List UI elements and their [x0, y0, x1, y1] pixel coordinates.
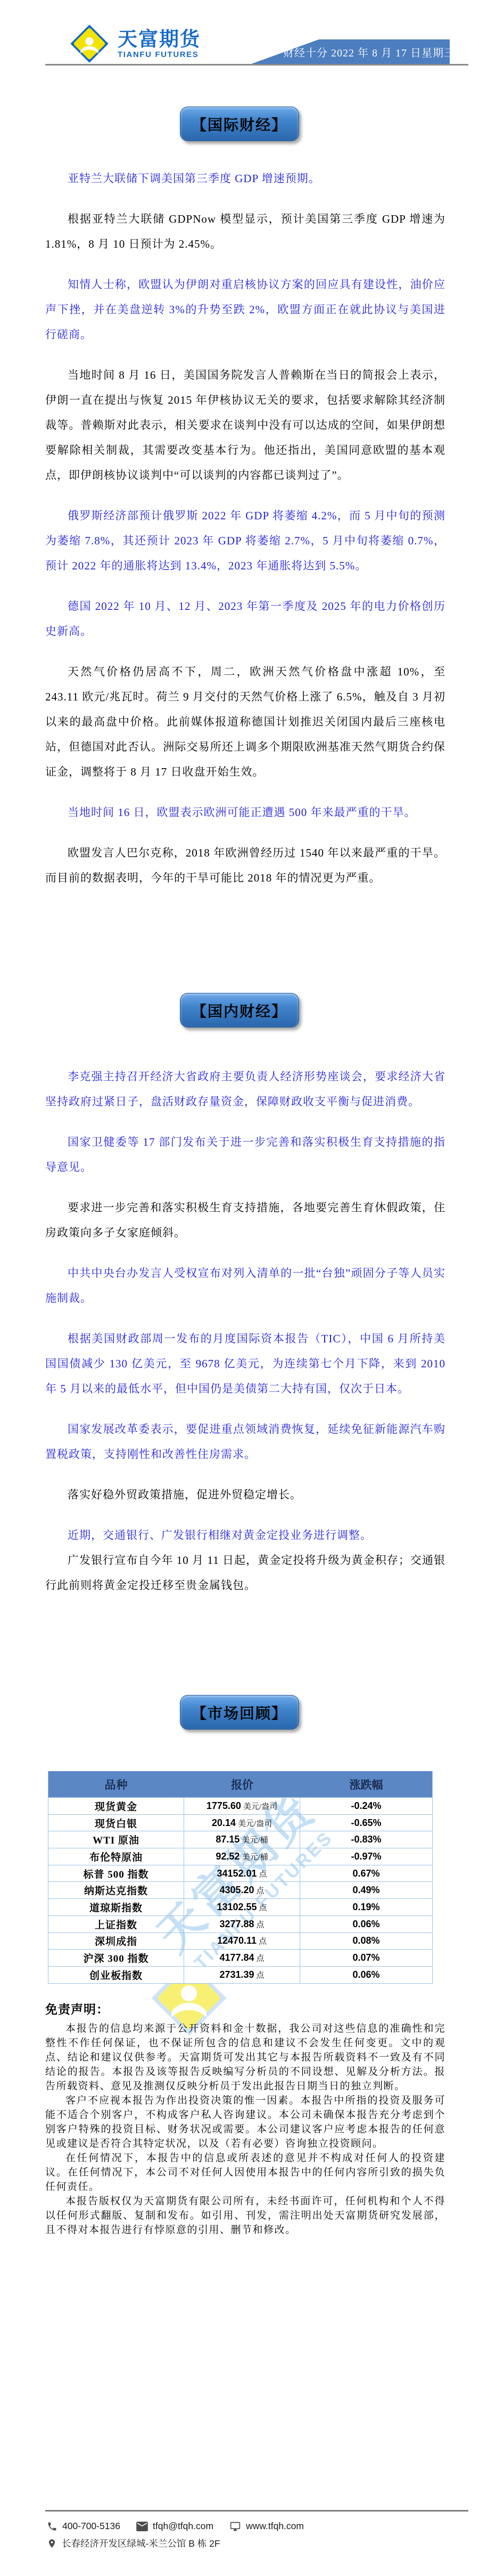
cell-price: 12470.11点: [184, 1933, 300, 1950]
price-value: 34152.01: [217, 1868, 257, 1879]
company-logo-text: 天富期货 TIANFU FUTURES: [118, 29, 201, 59]
price-value: 87.15: [216, 1834, 240, 1845]
footer-email[interactable]: tfqh@tfqh.com: [136, 2521, 213, 2532]
cell-change: -0.97%: [300, 1848, 432, 1865]
price-value: 4177.84: [219, 1952, 254, 1963]
price-unit: 点: [257, 1952, 265, 1963]
envelope-icon: [136, 2522, 148, 2531]
cell-change: -0.65%: [300, 1815, 432, 1831]
footer-address: 长春经济开发区绿城-米兰公馆 B 栋 2F: [47, 2537, 220, 2550]
phone-icon: [47, 2521, 57, 2532]
price-unit: 点: [257, 1919, 265, 1930]
header-divider: [45, 64, 468, 66]
news-paragraph: 德国 2022 年 10 月、12 月、2023 年第一季度及 2025 年的电…: [45, 594, 445, 644]
cell-change: 0.08%: [300, 1933, 432, 1950]
news-paragraph: 当地时间 16 日，欧盟表示欧洲可能正遭遇 500 年来最严重的干旱。: [45, 800, 445, 825]
footer-divider: [45, 2510, 468, 2512]
table-header-row: 品种 报价 涨跌幅: [48, 1771, 432, 1797]
date-banner: 财经十分 2022 年 8 月 17 日星期三: [251, 39, 450, 64]
price-value: 4305.20: [219, 1885, 254, 1896]
company-logo: 天富期货 TIANFU FUTURES: [69, 23, 201, 64]
cell-variety: 现货黄金: [48, 1798, 184, 1814]
market-quote-table: 天富期货 TIANFU FUTURES 品种 报价 涨跌幅 现货黄金1775.6…: [48, 1771, 433, 1984]
table-row: 布伦特原油92.52美元/桶-0.97%: [48, 1848, 432, 1865]
cell-variety: 深圳成指: [48, 1933, 184, 1950]
cell-variety: 沪深 300 指数: [48, 1950, 184, 1966]
table-body: 现货黄金1775.60美元/盎司-0.24%现货白银20.14美元/盎司-0.6…: [48, 1797, 432, 1983]
footer-phone-number: 400-700-5136: [62, 2521, 120, 2532]
news-paragraph: 天然气价格仍居高不下，周二，欧洲天然气价格盘中涨超 10%，至 243.11 欧…: [45, 659, 445, 785]
news-paragraph: 国家发展改革委表示，要促进重点领域消费恢复，延续免征新能源汽车购置税政策，支持刚…: [45, 1417, 445, 1467]
disclaimer-paragraph: 在任何情况下，本报告中的信息或所表述的意见并不构成对任何人的投资建议。在任何情况…: [45, 2151, 445, 2194]
newsletter-page: { "header": { "logo": { "cn": "天富期货", "e…: [0, 0, 479, 2576]
news-paragraph: 李克强主持召开经济大省政府主要负责人经济形势座谈会，要求经济大省坚持政府过紧日子…: [45, 1064, 445, 1114]
news-paragraph: 知情人士称，欧盟认为伊朗对重启核协议方案的回应具有建设性，油价应声下挫，并在美盘…: [45, 272, 445, 347]
news-paragraph: 中共中央台办发言人受权宣布对列入清单的一批“台独”顽固分子等人员实施制裁。: [45, 1261, 445, 1311]
price-unit: 点: [257, 1969, 265, 1980]
cell-variety: WTI 原油: [48, 1831, 184, 1848]
table-row: 道琼斯指数13102.55点0.19%: [48, 1898, 432, 1915]
cell-variety: 纳斯达克指数: [48, 1882, 184, 1898]
table-header-variety: 品种: [48, 1771, 184, 1797]
company-name-en: TIANFU FUTURES: [118, 50, 201, 59]
price-unit: 点: [259, 1935, 267, 1946]
news-paragraph: 国家卫健委等 17 部门发布关于进一步完善和落实积极生育支持措施的指导意见。: [45, 1130, 445, 1180]
section-button-domestic[interactable]: 【国内财经】: [180, 993, 299, 1028]
news-paragraph: 近期，交通银行、广发银行相继对黄金定投业务进行调整。: [45, 1523, 445, 1548]
cell-variety: 标普 500 指数: [48, 1865, 184, 1882]
price-value: 3277.88: [219, 1919, 254, 1930]
table-row: 纳斯达克指数4305.20点0.49%: [48, 1881, 432, 1898]
cell-variety: 上证指数: [48, 1916, 184, 1933]
price-value: 20.14: [212, 1817, 236, 1829]
price-unit: 美元/桶: [242, 1834, 268, 1845]
price-unit: 点: [259, 1902, 267, 1913]
disclaimer-paragraph: 本报告版权仅为天富期货有限公司所有，未经书面许可，任何机构和个人不得以任何形式翻…: [45, 2194, 445, 2237]
monitor-icon: [229, 2521, 241, 2532]
price-unit: 美元/盎司: [243, 1800, 277, 1812]
cell-price: 13102.55点: [184, 1899, 300, 1915]
price-unit: 点: [259, 1868, 267, 1879]
table-header-change: 涨跌幅: [300, 1771, 432, 1797]
news-paragraph: 欧盟发言人巴尔克称，2018 年欧洲曾经历过 1540 年以来最严重的干旱。而目…: [45, 841, 445, 891]
news-paragraph: 俄罗斯经济部预计俄罗斯 2022 年 GDP 将萎缩 4.2%，而 5 月中旬的…: [45, 503, 445, 578]
news-paragraph: 根据亚特兰大联储 GDPNow 模型显示，预计美国第三季度 GDP 增速为 1.…: [45, 207, 445, 257]
cell-price: 3277.88点: [184, 1916, 300, 1933]
footer-email-address: tfqh@tfqh.com: [153, 2521, 213, 2532]
cell-change: 0.19%: [300, 1899, 432, 1915]
news-paragraph: 根据美国财政部周一发布的月度国际资本报告（TIC），中国 6 月所持美国国债减少…: [45, 1326, 445, 1401]
news-paragraph: 落实好稳外贸政策措施，促进外贸稳定增长。: [45, 1482, 445, 1507]
disclaimer-paragraph: 客户不应视本报告为作出投资决策的惟一因素。本报告中所指的投资及服务可能不适合个别…: [45, 2093, 445, 2151]
cell-variety: 道琼斯指数: [48, 1899, 184, 1915]
table-row: 标普 500 指数34152.01点0.67%: [48, 1865, 432, 1882]
table-row: 上证指数3277.88点0.06%: [48, 1915, 432, 1933]
table-row: 沪深 300 指数4177.84点0.07%: [48, 1949, 432, 1966]
cell-change: 0.06%: [300, 1967, 432, 1983]
cell-price: 92.52美元/桶: [184, 1848, 300, 1865]
issue-date: 财经十分 2022 年 8 月 17 日星期三: [283, 44, 455, 60]
cell-variety: 布伦特原油: [48, 1848, 184, 1865]
news-paragraph: 广发银行宣布自今年 10 月 11 日起，黄金定投将升级为黄金积存；交通银行此前…: [45, 1548, 445, 1598]
location-pin-icon: [47, 2537, 57, 2550]
table-row: 现货白银20.14美元/盎司-0.65%: [48, 1814, 432, 1831]
footer-row-address: 长春经济开发区绿城-米兰公馆 B 栋 2F: [47, 2537, 457, 2550]
cell-variety: 现货白银: [48, 1815, 184, 1831]
price-value: 92.52: [216, 1851, 240, 1862]
news-paragraph: 当地时间 8 月 16 日，美国国务院发言人普赖斯在当日的简报会上表示，伊朗一直…: [45, 363, 445, 488]
cell-price: 4305.20点: [184, 1882, 300, 1898]
domestic-news-block: 李克强主持召开经济大省政府主要负责人经济形势座谈会，要求经济大省坚持政府过紧日子…: [45, 1064, 445, 1613]
cell-price: 87.15美元/桶: [184, 1831, 300, 1848]
section-button-market-review[interactable]: 【市场回顾】: [180, 1695, 299, 1730]
company-name-cn: 天富期货: [118, 29, 201, 50]
price-unit: 点: [257, 1885, 265, 1896]
cell-price: 1775.60美元/盎司: [184, 1798, 300, 1814]
cell-price: 2731.39点: [184, 1967, 300, 1983]
cell-price: 34152.01点: [184, 1865, 300, 1882]
footer-website[interactable]: www.tfqh.com: [229, 2521, 304, 2532]
price-value: 2731.39: [219, 1969, 254, 1980]
table-row: 创业板指数2731.39点0.06%: [48, 1966, 432, 1983]
price-value: 13102.55: [217, 1902, 257, 1913]
cell-price: 4177.84点: [184, 1950, 300, 1966]
section-button-international[interactable]: 【国际财经】: [180, 107, 299, 141]
disclaimer-section: 免责声明： 本报告的信息均来源于公开资料和金十数据，我公司对这些信息的准确性和完…: [45, 2000, 445, 2237]
table-row: 深圳成指12470.11点0.08%: [48, 1933, 432, 1950]
cell-change: 0.49%: [300, 1882, 432, 1898]
table-row: 现货黄金1775.60美元/盎司-0.24%: [48, 1797, 432, 1814]
disclaimer-heading: 免责声明：: [45, 2000, 445, 2017]
footer-address-text: 长春经济开发区绿城-米兰公馆 B 栋 2F: [62, 2537, 220, 2550]
cell-price: 20.14美元/盎司: [184, 1815, 300, 1831]
cell-variety: 创业板指数: [48, 1967, 184, 1983]
footer-website-url: www.tfqh.com: [246, 2521, 304, 2532]
cell-change: 0.06%: [300, 1916, 432, 1933]
footer-contact: 400-700-5136 tfqh@tfqh.com www.tfqh.com …: [47, 2521, 457, 2550]
price-value: 12470.11: [217, 1935, 257, 1946]
price-value: 1775.60: [207, 1800, 241, 1812]
footer-phone: 400-700-5136: [47, 2521, 120, 2532]
news-paragraph: 亚特兰大联储下调美国第三季度 GDP 增速预期。: [45, 166, 445, 191]
cell-change: -0.83%: [300, 1831, 432, 1848]
table-row: WTI 原油87.15美元/桶-0.83%: [48, 1831, 432, 1848]
disclaimer-paragraph: 本报告的信息均来源于公开资料和金十数据，我公司对这些信息的准确性和完整性不作任何…: [45, 2021, 445, 2093]
table-header-price: 报价: [184, 1771, 300, 1797]
cell-change: 0.67%: [300, 1865, 432, 1882]
price-unit: 美元/盎司: [238, 1817, 272, 1829]
disclaimer-body: 本报告的信息均来源于公开资料和金十数据，我公司对这些信息的准确性和完整性不作任何…: [45, 2021, 445, 2237]
news-paragraph: 要求进一步完善和落实积极生育支持措施，各地要完善生育休假政策，住房政策向多子女家…: [45, 1195, 445, 1245]
footer-row-contacts: 400-700-5136 tfqh@tfqh.com www.tfqh.com: [47, 2521, 457, 2532]
company-logo-icon: [69, 23, 110, 64]
international-news-block: 亚特兰大联储下调美国第三季度 GDP 增速预期。根据亚特兰大联储 GDPNow …: [45, 166, 445, 906]
cell-change: 0.07%: [300, 1950, 432, 1966]
cell-change: -0.24%: [300, 1798, 432, 1814]
price-unit: 美元/桶: [242, 1851, 268, 1862]
